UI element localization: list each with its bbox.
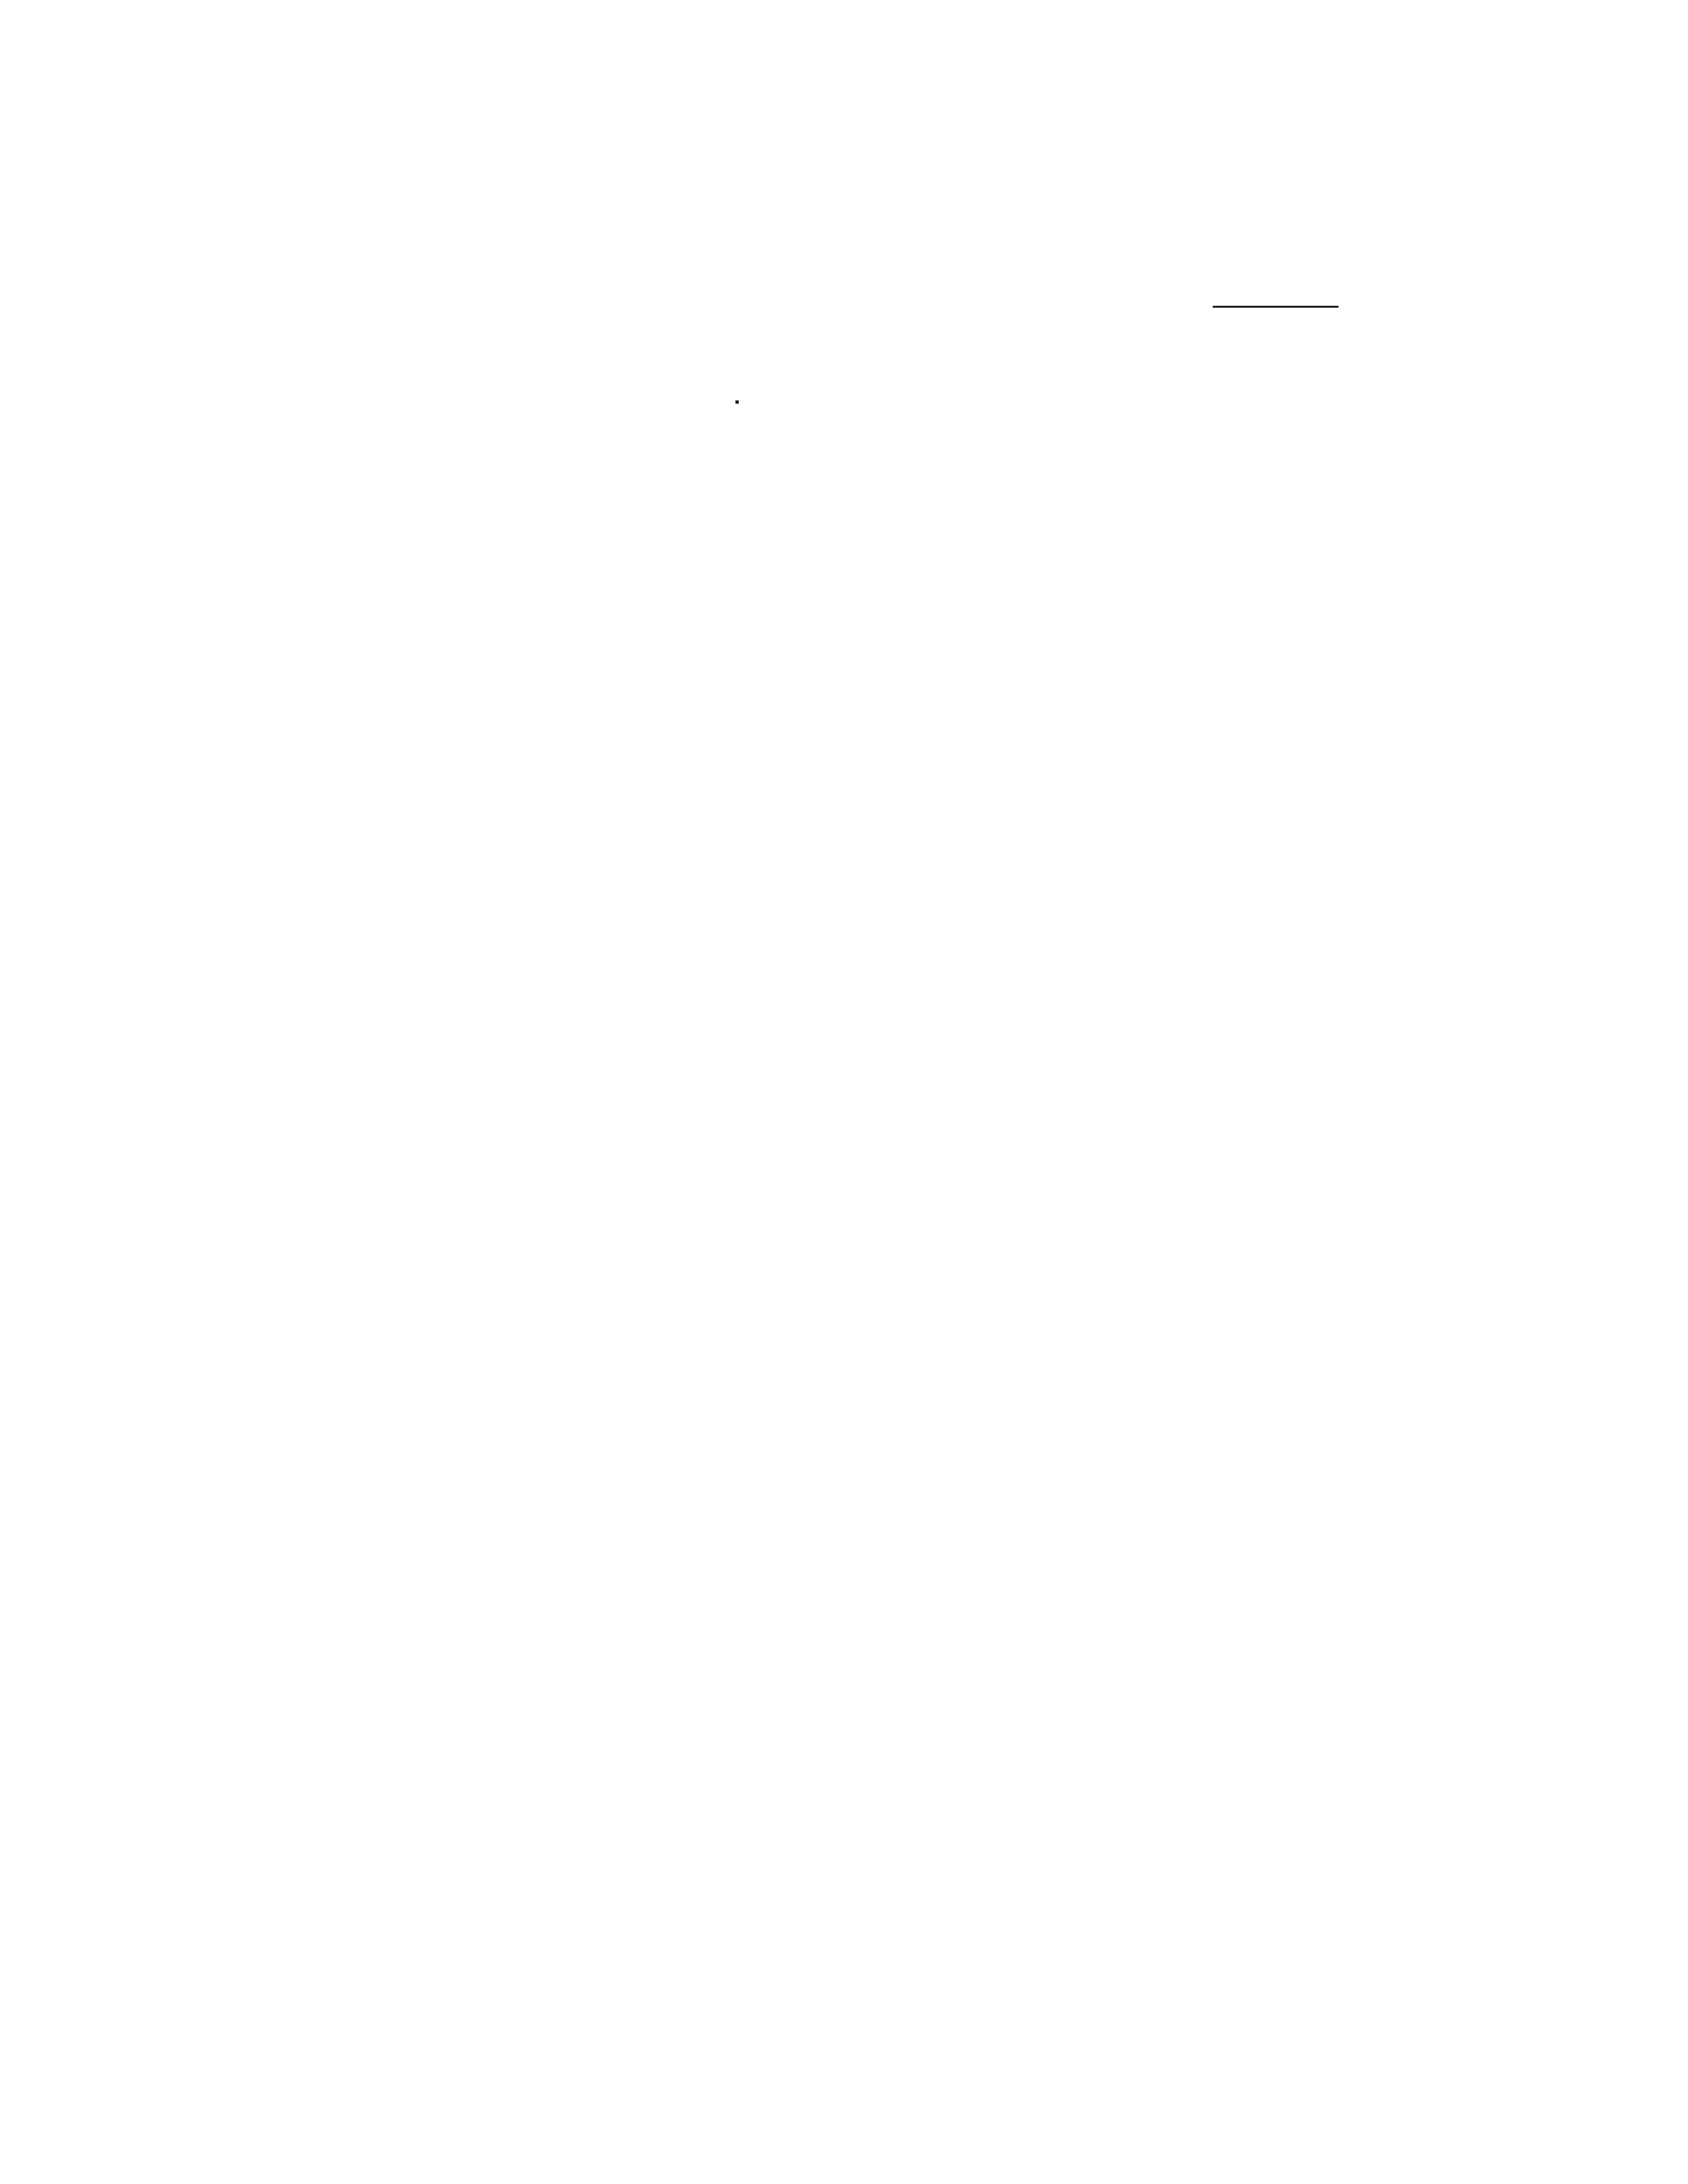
stray-rule-top-right: [1213, 306, 1338, 308]
stray-dot: [735, 400, 739, 404]
